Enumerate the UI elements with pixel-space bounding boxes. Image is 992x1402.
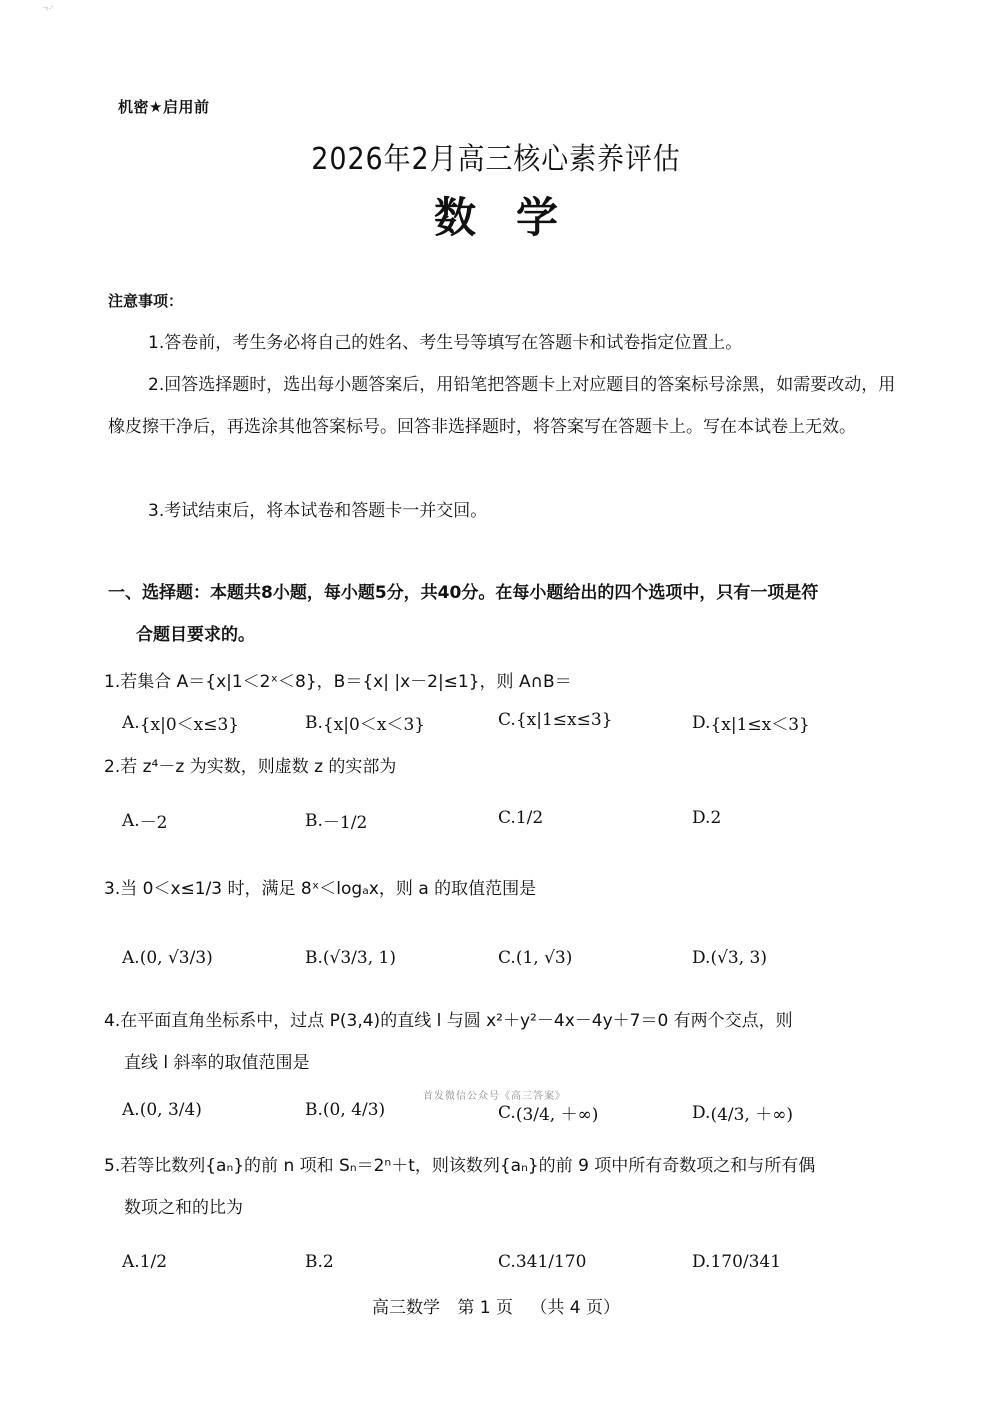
option-label: A.: [122, 1100, 140, 1120]
q2-option-d[interactable]: D.2: [692, 808, 721, 828]
option-label: A.: [122, 1252, 140, 1272]
question-2: 2.若 z⁴－z 为实数，则虚数 z 的实部为: [104, 752, 904, 777]
q3-option-b[interactable]: B.(√3/3, 1): [305, 948, 396, 968]
section-heading-choice: 一、选择题：本题共8小题，每小题5分，共40分。在每小题给出的四个选项中，只有一…: [108, 572, 908, 656]
question-stem-line2: 数项之和的比为: [104, 1187, 904, 1229]
question-number: 2.: [104, 757, 120, 777]
q3-option-d[interactable]: D.(√3, 3): [692, 948, 767, 968]
option-label: C.: [498, 710, 516, 730]
option-text: 2: [710, 808, 721, 828]
option-text: －1/2: [323, 808, 367, 833]
subject-title: 数学: [0, 185, 992, 245]
option-label: C.: [498, 1252, 516, 1272]
notice-item-3: 3.考试结束后，将本试卷和答题卡一并交回。: [108, 490, 898, 532]
question-stem-line1: 在平面直角坐标系中，过点 P(3,4)的直线 l 与圆 x²＋y²－4x－4y＋…: [120, 1011, 792, 1031]
option-text: (4/3, ＋∞): [710, 1100, 793, 1125]
option-text: (0, √3/3): [140, 948, 213, 968]
option-text: {x|1≤x≤3}: [516, 710, 613, 730]
option-label: D.: [692, 1103, 710, 1123]
section-heading-line1: 一、选择题：本题共8小题，每小题5分，共40分。在每小题给出的四个选项中，只有一…: [108, 583, 818, 603]
q1-option-c[interactable]: C.{x|1≤x≤3}: [498, 710, 612, 730]
option-text: (0, 3/4): [140, 1100, 202, 1120]
option-label: A.: [122, 811, 140, 831]
question-1: 1.若集合 A＝{x|1＜2ˣ＜8}，B＝{x| |x－2|≤1}，则 A∩B＝: [104, 667, 904, 692]
question-stem: 当 0＜x≤1/3 时，满足 8ˣ＜logₐx，则 a 的取值范围是: [120, 879, 536, 899]
option-label: D.: [692, 1252, 710, 1272]
option-text: (0, 4/3): [323, 1100, 385, 1120]
q1-option-a[interactable]: A.{x|0＜x≤3}: [122, 710, 239, 735]
exam-title: 2026年2月高三核心素养评估: [50, 134, 943, 178]
option-label: C.: [498, 1103, 516, 1123]
question-5: 5.若等比数列{aₙ}的前 n 项和 Sₙ＝2ⁿ＋t，则该数列{aₙ}的前 9 …: [104, 1145, 904, 1229]
option-text: (3/4, ＋∞): [516, 1100, 599, 1125]
question-number: 4.: [104, 1011, 120, 1031]
option-text: 1/2: [140, 1252, 167, 1272]
question-stem-line2: 直线 l 斜率的取值范围是: [104, 1042, 904, 1084]
option-text: {x|1≤x＜3}: [710, 710, 809, 735]
notice-heading: 注意事项：: [108, 290, 183, 311]
q5-option-c[interactable]: C.341/170: [498, 1252, 586, 1272]
q1-option-b[interactable]: B.{x|0＜x＜3}: [305, 710, 425, 735]
footer-page-number: 第 1 页: [457, 1298, 513, 1318]
q4-option-a[interactable]: A.(0, 3/4): [122, 1100, 202, 1120]
option-text: 1/2: [516, 808, 543, 828]
option-text: 341/170: [516, 1252, 587, 1272]
q3-option-c[interactable]: C.(1, √3): [498, 948, 572, 968]
option-text: 170/341: [710, 1252, 781, 1272]
q5-option-b[interactable]: B.2: [305, 1252, 334, 1272]
question-stem: 若 z⁴－z 为实数，则虚数 z 的实部为: [120, 757, 396, 777]
confidential-label: 机密★启用前: [118, 96, 209, 117]
option-label: D.: [692, 808, 710, 828]
question-number: 1.: [104, 672, 120, 692]
question-number: 5.: [104, 1156, 120, 1176]
q1-option-d[interactable]: D.{x|1≤x＜3}: [692, 710, 810, 735]
option-text: (√3/3, 1): [323, 948, 396, 968]
option-text: (1, √3): [516, 948, 573, 968]
footer-subject: 高三数学: [372, 1298, 440, 1318]
q2-option-a[interactable]: A.－2: [122, 808, 168, 833]
q2-option-b[interactable]: B.－1/2: [305, 808, 367, 833]
question-4: 4.在平面直角坐标系中，过点 P(3,4)的直线 l 与圆 x²＋y²－4x－4…: [104, 1000, 904, 1084]
q4-option-b[interactable]: B.(0, 4/3): [305, 1100, 385, 1120]
question-stem: 若集合 A＝{x|1＜2ˣ＜8}，B＝{x| |x－2|≤1}，则 A∩B＝: [120, 672, 571, 692]
scan-mark: ㄱ·': [42, 4, 53, 14]
q4-option-d[interactable]: D.(4/3, ＋∞): [692, 1100, 793, 1125]
option-text: {x|0＜x＜3}: [323, 710, 425, 735]
option-label: B.: [305, 948, 323, 968]
option-label: B.: [305, 1100, 323, 1120]
option-label: D.: [692, 948, 710, 968]
option-text: 2: [323, 1252, 334, 1272]
notice-item-2: 2.回答选择题时，选出每小题答案后，用铅笔把答题卡上对应题目的答案标号涂黑，如需…: [108, 364, 898, 448]
footer-total-pages: （共 4 页）: [530, 1298, 620, 1318]
section-heading-line2: 合题目要求的。: [108, 614, 908, 656]
option-text: (√3, 3): [710, 948, 767, 968]
option-text: {x|0＜x≤3}: [140, 710, 239, 735]
q5-option-d[interactable]: D.170/341: [692, 1252, 781, 1272]
option-label: A.: [122, 948, 140, 968]
q3-option-a[interactable]: A.(0, √3/3): [122, 948, 213, 968]
q4-option-c[interactable]: C.(3/4, ＋∞): [498, 1100, 598, 1125]
q2-option-c[interactable]: C.1/2: [498, 808, 543, 828]
option-label: B.: [305, 713, 323, 733]
question-3: 3.当 0＜x≤1/3 时，满足 8ˣ＜logₐx，则 a 的取值范围是: [104, 874, 904, 899]
option-label: B.: [305, 1252, 323, 1272]
option-label: C.: [498, 808, 516, 828]
option-label: A.: [122, 713, 140, 733]
q5-option-a[interactable]: A.1/2: [122, 1252, 167, 1272]
page-footer: 高三数学 第 1 页 （共 4 页）: [0, 1293, 992, 1318]
question-number: 3.: [104, 879, 120, 899]
option-text: －2: [140, 808, 168, 833]
option-label: C.: [498, 948, 516, 968]
option-label: B.: [305, 811, 323, 831]
option-label: D.: [692, 713, 710, 733]
question-stem-line1: 若等比数列{aₙ}的前 n 项和 Sₙ＝2ⁿ＋t，则该数列{aₙ}的前 9 项中…: [120, 1156, 815, 1176]
notice-item-1: 1.答卷前，考生务必将自己的姓名、考生号等填写在答题卡和试卷指定位置上。: [108, 322, 898, 364]
